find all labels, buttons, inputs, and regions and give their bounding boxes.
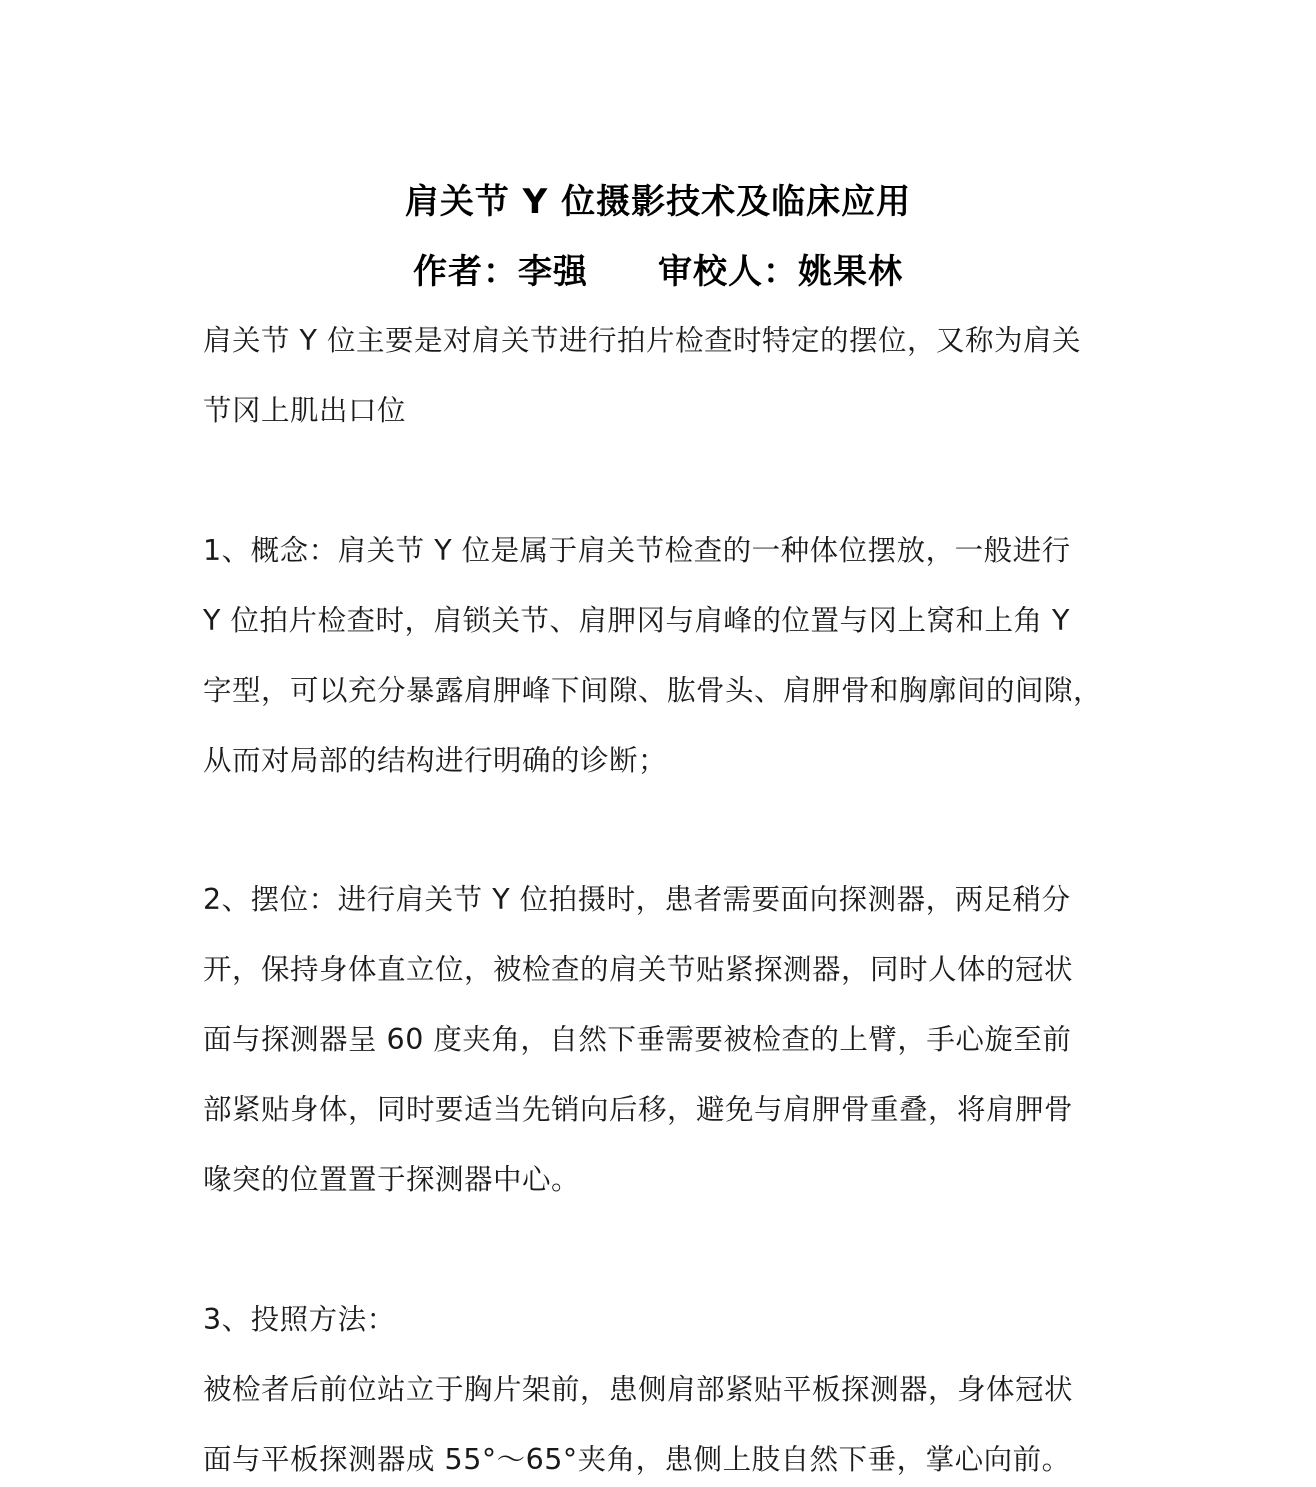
section-1-line: 字型，可以充分暴露肩胛峰下间隙、肱骨头、肩胛骨和胸廓间的间隙， xyxy=(203,668,1102,709)
section-3-line: 被检者后前位站立于胸片架前，患侧肩部紧贴平板探测器，身体冠状 xyxy=(203,1367,1073,1408)
section-3-heading: 3、投照方法： xyxy=(203,1297,396,1338)
reviewer: 审校人：姚果林 xyxy=(658,252,903,292)
section-2-line: 开，保持身体直立位，被检查的肩关节贴紧探测器，同时人体的冠状 xyxy=(203,947,1073,988)
section-2-line: 部紧贴身体，同时要适当先销向后移，避免与肩胛骨重叠，将肩胛骨 xyxy=(203,1087,1073,1128)
document-title: 肩关节 Y 位摄影技术及临床应用 xyxy=(0,174,1316,223)
section-2-line: 面与探测器呈 60 度夹角，自然下垂需要被检查的上臂，手心旋至前 xyxy=(203,1017,1071,1058)
intro-line: 肩关节 Y 位主要是对肩关节进行拍片检查时特定的摆位，又称为肩关 xyxy=(203,318,1081,359)
author-line: 作者：李强审校人：姚果林 xyxy=(0,244,1316,293)
author: 作者：李强 xyxy=(413,252,588,292)
intro-line: 节冈上肌出口位 xyxy=(203,388,406,429)
section-2-line: 喙突的位置置于探测器中心。 xyxy=(203,1157,580,1198)
section-1-line: Y 位拍片检查时，肩锁关节、肩胛冈与肩峰的位置与冈上窝和上角 Y xyxy=(203,598,1070,639)
section-2-line: 2、摆位：进行肩关节 Y 位拍摄时，患者需要面向探测器，两足稍分 xyxy=(203,877,1071,918)
document-page: 肩关节 Y 位摄影技术及临床应用 作者：李强审校人：姚果林 肩关节 Y 位主要是… xyxy=(0,0,1316,1487)
section-3-line: 面与平板探测器成 55°～65°夹角，患侧上肢自然下垂，掌心向前。 xyxy=(203,1437,1071,1478)
section-1-line: 1、概念：肩关节 Y 位是属于肩关节检查的一种体位摆放，一般进行 xyxy=(203,528,1071,569)
section-1-line: 从而对局部的结构进行明确的诊断； xyxy=(203,738,667,779)
